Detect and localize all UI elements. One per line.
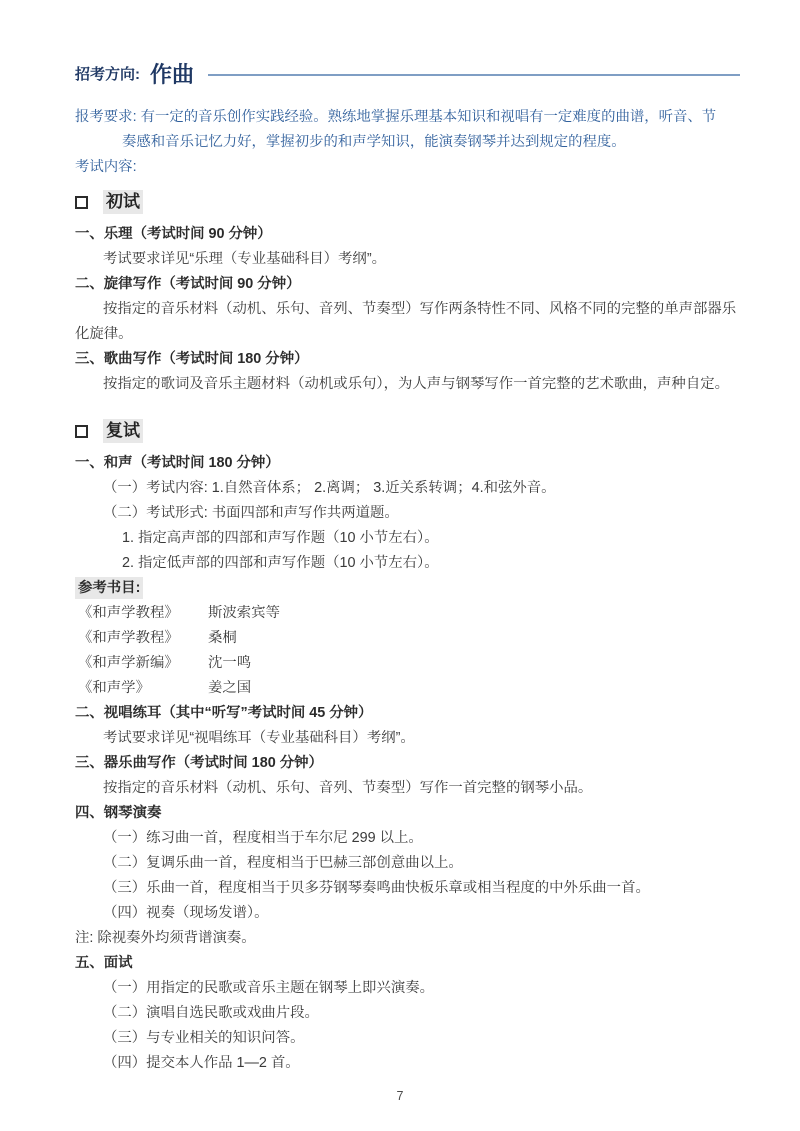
subject-detail: 考试要求详见“视唱练耳（专业基础科目）考纲”。 xyxy=(75,726,740,751)
requirements-label: 报考要求: xyxy=(75,109,141,125)
section-title: 初试 xyxy=(103,190,143,214)
subject-heading: 一、乐理（考试时间 90 分钟） xyxy=(75,222,740,247)
header-rule xyxy=(208,74,740,76)
subject-heading: 三、歌曲写作（考试时间 180 分钟） xyxy=(75,347,740,372)
subject-detail: （三）乐曲一首，程度相当于贝多芬钢琴奏鸣曲快板乐章或相当程度的中外乐曲一首。 xyxy=(75,876,740,901)
subject-detail: （一）练习曲一首，程度相当于车尔尼 299 以上。 xyxy=(75,826,740,851)
subject-detail: 2. 指定低声部的四部和声写作题（10 小节左右）。 xyxy=(75,551,740,576)
subject-heading: 三、器乐曲写作（考试时间 180 分钟） xyxy=(75,751,740,776)
subject-heading: 五、面试 xyxy=(75,951,740,976)
book-author: 姜之国 xyxy=(208,676,251,701)
note-line: 注: 除视奏外均须背谱演奏。 xyxy=(75,926,740,951)
subject-heading: 二、视唱练耳（其中“听写”考试时间 45 分钟） xyxy=(75,701,740,726)
direction-label: 招考方向: xyxy=(75,63,140,84)
book-title: 《和声学新编》 xyxy=(78,651,208,676)
book-title: 《和声学》 xyxy=(78,676,208,701)
subject-detail: 按指定的音乐材料（动机、乐句、音列、节奏型）写作两条特性不同、风格不同的完整的单… xyxy=(75,297,740,347)
book-item: 《和声学》姜之国 xyxy=(75,676,740,701)
square-bullet-icon xyxy=(75,425,88,438)
section-title: 复试 xyxy=(103,419,143,443)
subject-detail: （一）用指定的民歌或音乐主题在钢琴上即兴演奏。 xyxy=(75,976,740,1001)
book-item: 《和声学新编》沈一鸣 xyxy=(75,651,740,676)
section-header-second-test: 复试 xyxy=(75,417,740,445)
book-title: 《和声学教程》 xyxy=(78,626,208,651)
book-title: 《和声学教程》 xyxy=(78,601,208,626)
reference-books-row: 参考书目: xyxy=(75,576,740,601)
section-header-first-test: 初试 xyxy=(75,188,740,216)
subject-heading: 四、钢琴演奏 xyxy=(75,801,740,826)
square-bullet-icon xyxy=(75,196,88,209)
book-author: 斯波索宾等 xyxy=(208,601,280,626)
book-author: 沈一鸣 xyxy=(208,651,251,676)
page-number: 7 xyxy=(0,1089,800,1103)
requirements-text: 有一定的音乐创作实践经验。熟练地掌握乐理基本知识和视唱有一定难度的曲谱，听音、节… xyxy=(122,109,716,150)
exam-content-label: 考试内容: xyxy=(75,155,740,180)
book-item: 《和声学教程》斯波索宾等 xyxy=(75,601,740,626)
reference-books-label: 参考书目: xyxy=(75,577,143,599)
subject-detail: 考试要求详见“乐理（专业基础科目）考纲”。 xyxy=(75,247,740,272)
subject-heading: 二、旋律写作（考试时间 90 分钟） xyxy=(75,272,740,297)
subject-detail: （四）提交本人作品 1—2 首。 xyxy=(75,1051,740,1076)
page-title: 作曲 xyxy=(150,58,194,89)
subject-detail: 按指定的歌词及音乐主题材料（动机或乐句），为人声与钢琴写作一首完整的艺术歌曲，声… xyxy=(75,372,740,397)
book-author: 桑桐 xyxy=(208,626,237,651)
document-header: 招考方向: 作曲 xyxy=(75,58,740,89)
application-requirements: 报考要求: 有一定的音乐创作实践经验。熟练地掌握乐理基本知识和视唱有一定难度的曲… xyxy=(75,105,730,155)
document-content: 招考方向: 作曲 报考要求: 有一定的音乐创作实践经验。熟练地掌握乐理基本知识和… xyxy=(0,0,800,1076)
subject-detail: （四）视奏（现场发谱）。 xyxy=(75,901,740,926)
subject-detail: （一）考试内容: 1.自然音体系； 2.离调； 3.近关系转调；4.和弦外音。 xyxy=(75,476,740,501)
document-page: 招考方向: 作曲 报考要求: 有一定的音乐创作实践经验。熟练地掌握乐理基本知识和… xyxy=(0,0,800,1131)
subject-detail: （二）演唱自选民歌或戏曲片段。 xyxy=(75,1001,740,1026)
book-item: 《和声学教程》桑桐 xyxy=(75,626,740,651)
subject-detail: （二）复调乐曲一首，程度相当于巴赫三部创意曲以上。 xyxy=(75,851,740,876)
subject-detail: （二）考试形式: 书面四部和声写作共两道题。 xyxy=(75,501,740,526)
subject-detail: （三）与专业相关的知识问答。 xyxy=(75,1026,740,1051)
subject-detail: 按指定的音乐材料（动机、乐句、音列、节奏型）写作一首完整的钢琴小品。 xyxy=(75,776,740,801)
subject-detail: 1. 指定高声部的四部和声写作题（10 小节左右）。 xyxy=(75,526,740,551)
subject-heading: 一、和声（考试时间 180 分钟） xyxy=(75,451,740,476)
